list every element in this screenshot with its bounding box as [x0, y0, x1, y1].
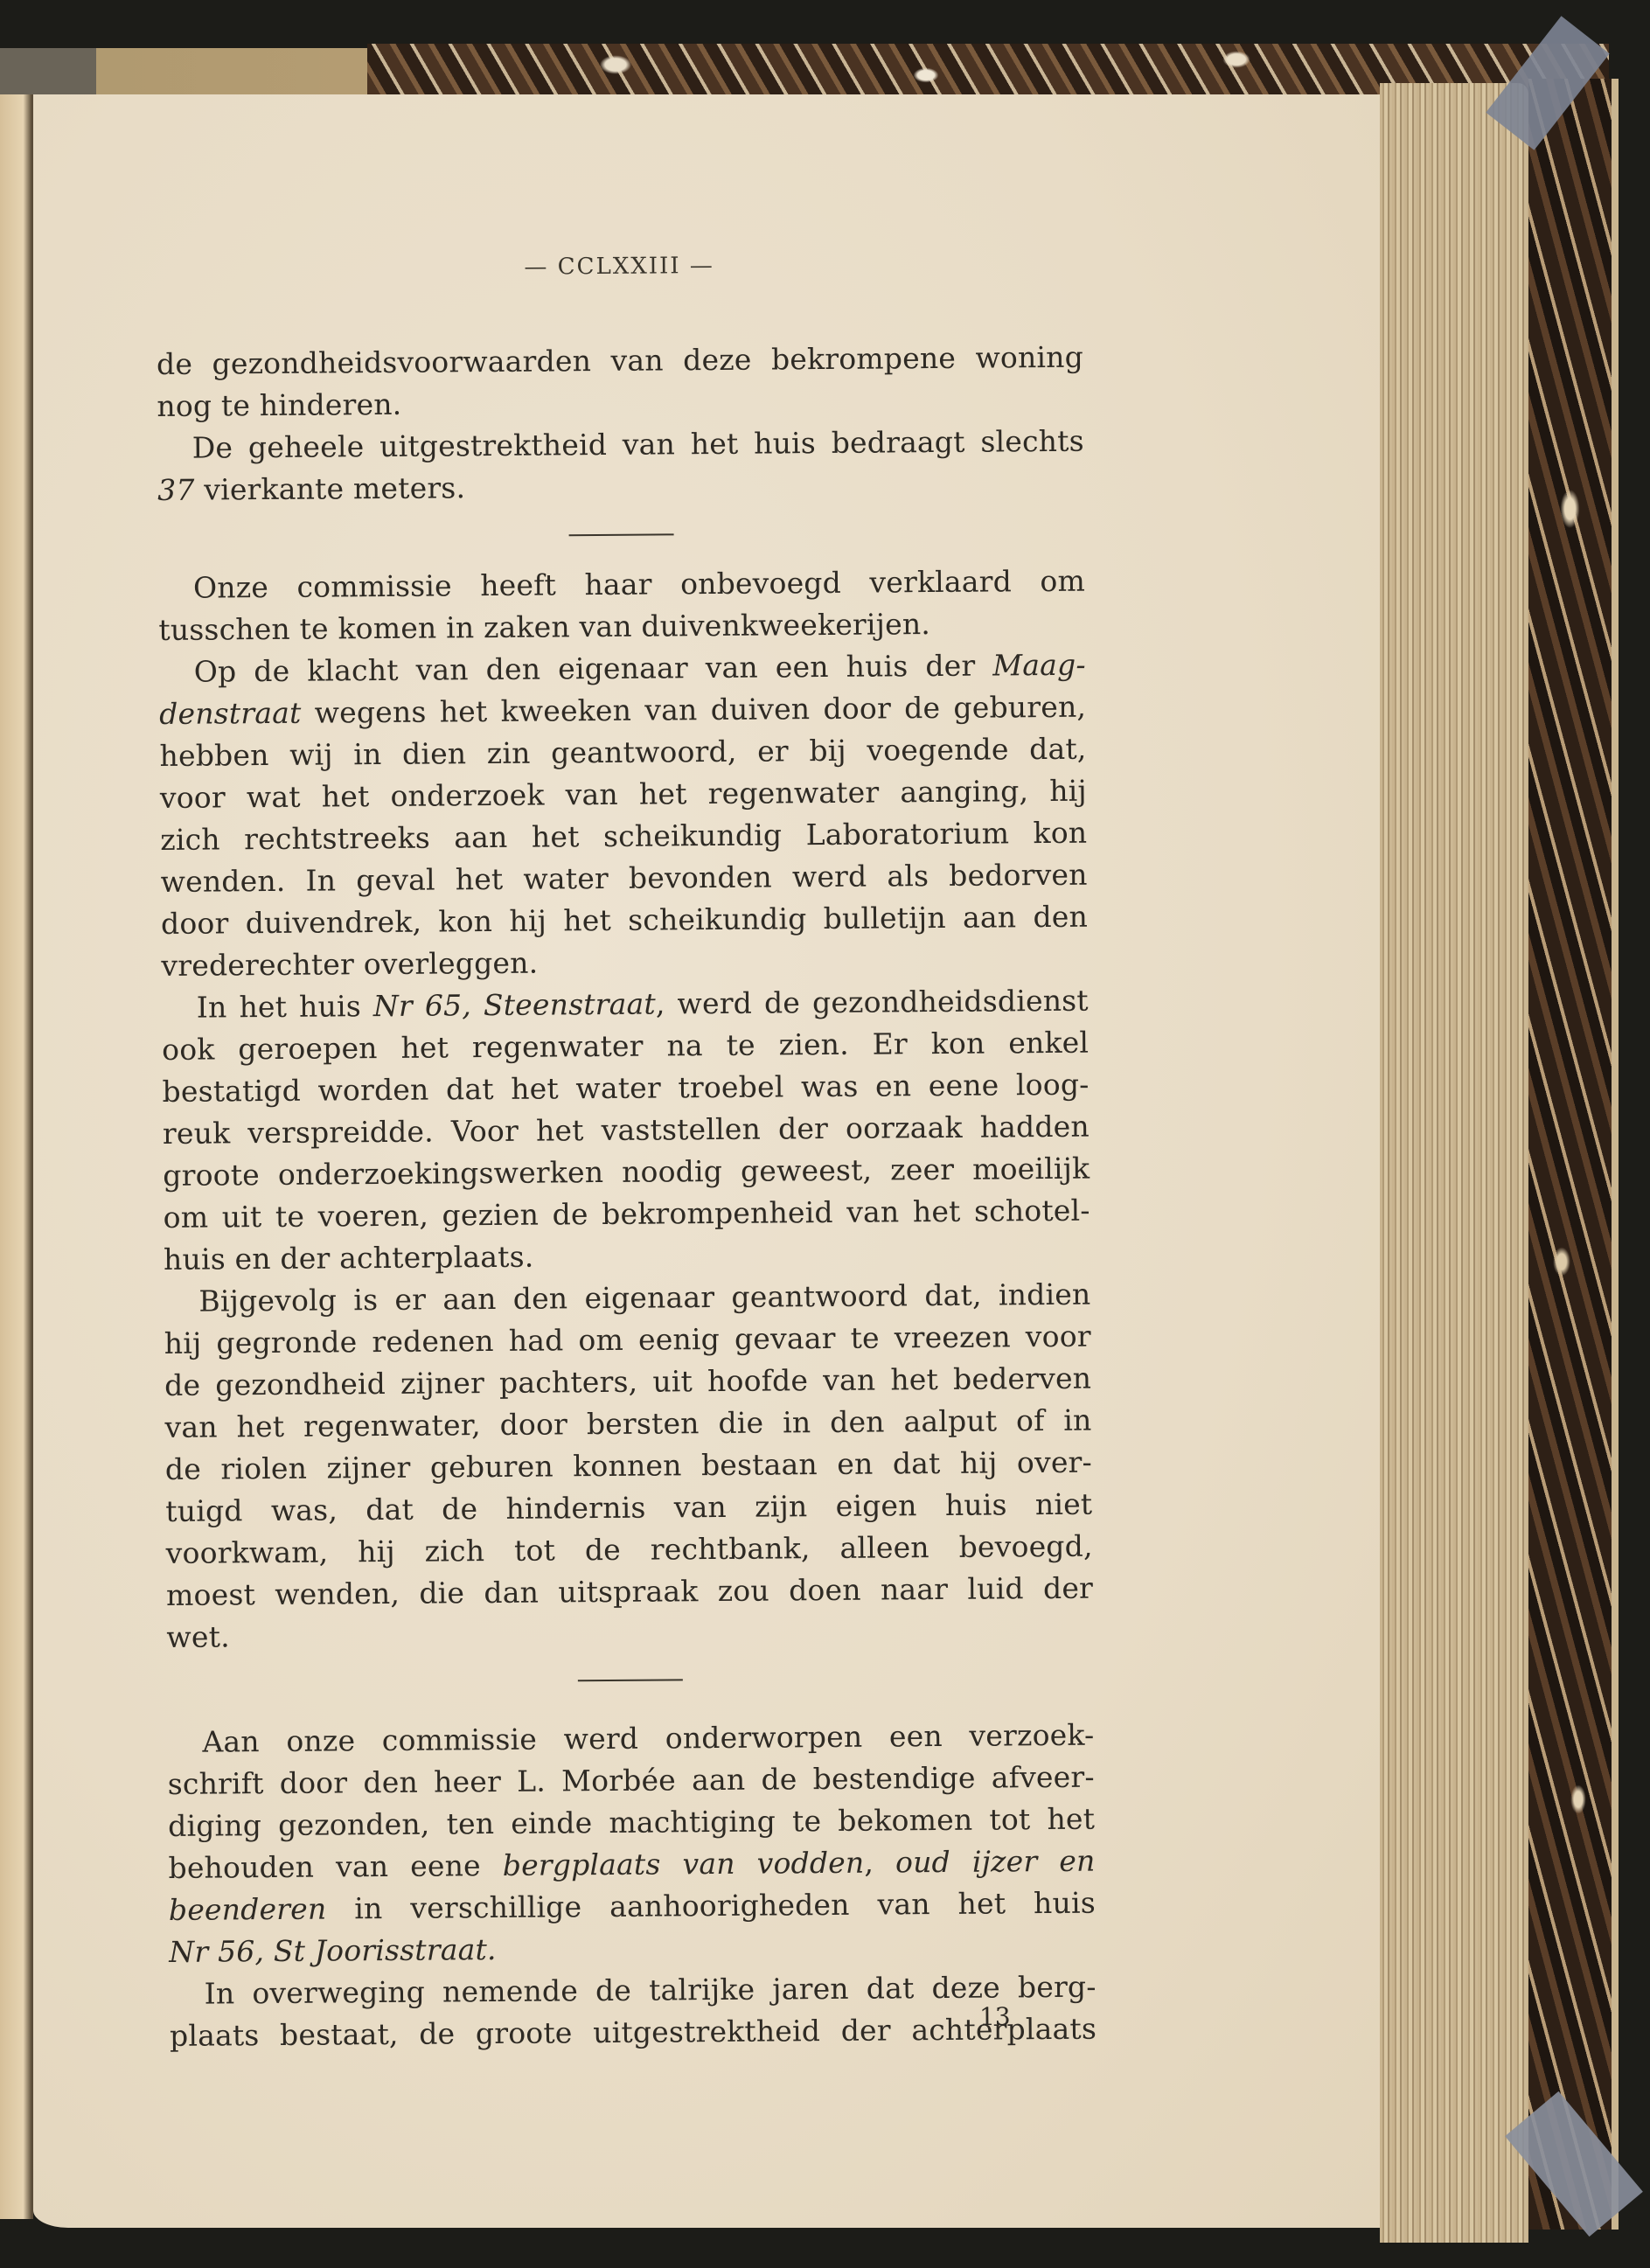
- text-line: hij gegronde redenen had om eenig gevaar…: [164, 1316, 1091, 1365]
- text-line: voorkwam, hij zich tot de rechtbank, all…: [166, 1526, 1093, 1575]
- text-fragment: Op de klacht van den eigenaar van een hu…: [194, 648, 993, 688]
- text-line: denstraat wegens het kweeken van duiven …: [159, 686, 1086, 735]
- text-line: In het huis Nr 65, Steenstraat, werd de …: [162, 980, 1089, 1029]
- text-line: moest wenden, die dan uitspraak zou doen…: [166, 1568, 1093, 1617]
- text-line: ook geroepen het regenwater na te zien. …: [162, 1022, 1089, 1071]
- italic-fragment: beenderen: [169, 1892, 327, 1927]
- text-line: behouden van eene bergplaats van vodden,…: [168, 1840, 1095, 1889]
- text-fragment: vierkante meters.: [194, 470, 465, 506]
- text-fragment: , werd de gezondheidsdienst: [656, 984, 1089, 1021]
- italic-street-name: denstraat: [159, 696, 302, 731]
- text-line: tusschen te komen in zaken van duivenkwe…: [158, 602, 1085, 651]
- text-line: Op de klacht van den eigenaar van een hu…: [159, 644, 1086, 693]
- text-line: schrift door den heer L. Morbée aan de b…: [168, 1757, 1095, 1805]
- text-line: beenderen in verschillige aanhoorigheden…: [169, 1882, 1096, 1931]
- text-line: Aan onze commissie werd onderworpen een …: [167, 1715, 1094, 1764]
- text-line: de riolen zijner geburen konnen bestaan …: [165, 1442, 1092, 1491]
- text-line: voor wat het onderzoek van het regenwate…: [160, 770, 1087, 819]
- text-line: De geheele uitgestrektheid van het huis …: [157, 421, 1084, 470]
- text-line: Onze commissie heeft haar onbevoegd verk…: [158, 560, 1085, 609]
- text-line: tuigd was, dat de hindernis van zijn eig…: [165, 1484, 1092, 1533]
- italic-address: Nr 56, St Joorisstraat.: [169, 1924, 1096, 1973]
- text-line: groote onderzoekingswerken noodig gewees…: [163, 1148, 1090, 1197]
- italic-street-name: Maag-: [992, 648, 1086, 683]
- signature-mark: 13: [979, 2002, 1011, 2031]
- page-text: — CCLXXIII — de gezondheidsvoorwaarden v…: [156, 242, 1097, 2057]
- italic-number: 37: [157, 473, 195, 507]
- text-line: wet.: [166, 1610, 1093, 1659]
- text-line: wenden. In geval het water bevonden werd…: [160, 854, 1087, 903]
- text-line: Bijgevolg is er aan den eigenaar geantwo…: [164, 1274, 1090, 1323]
- text-fragment: behouden van eene: [168, 1848, 503, 1885]
- text-line: vrederechter overleggen.: [161, 938, 1088, 987]
- text-line: door duivendrek, kon hij het scheikundig…: [161, 896, 1088, 945]
- text-line: de gezondheidsvoorwaarden van deze bekro…: [157, 337, 1083, 386]
- page-stack-edge: [1380, 83, 1528, 2243]
- text-line: reuk verspreidde. Voor het vaststellen d…: [163, 1106, 1090, 1155]
- italic-fragment: bergplaats van vodden: [503, 1846, 865, 1882]
- italic-fragment: oud ijzer en: [895, 1844, 1096, 1880]
- text-fragment: ,: [864, 1845, 895, 1879]
- text-line: zich rechtstreeks aan het scheikundig La…: [160, 812, 1087, 861]
- text-line: van het regenwater, door bersten die in …: [164, 1400, 1091, 1449]
- text-line: hebben wij in dien zin geantwoord, er bi…: [159, 728, 1086, 777]
- text-line: bestatigd worden dat het water troebel w…: [162, 1064, 1089, 1113]
- section-divider: [578, 1679, 683, 1681]
- marbled-cover-right: [1528, 79, 1619, 2230]
- italic-address: Nr 65, Steenstraat: [373, 987, 656, 1024]
- text-line: huis en der achterplaats.: [164, 1232, 1090, 1281]
- text-line: plaats bestaat, de groote uitgestrekthei…: [170, 2008, 1097, 2057]
- text-line: 37 vierkante meters.: [157, 463, 1084, 511]
- text-fragment: in verschillige aanhoorigheden van het h…: [326, 1886, 1096, 1926]
- text-line: de gezondheid zijner pachters, uit hoofd…: [164, 1358, 1091, 1407]
- text-fragment: wegens het kweeken van duiven door de ge…: [301, 690, 1086, 730]
- text-fragment: In het huis: [197, 989, 373, 1025]
- text-line: nog te hinderen.: [157, 379, 1083, 428]
- text-line: In overweging nemende de talrijke jaren …: [169, 1966, 1096, 2015]
- facing-page-edge: [0, 94, 33, 2219]
- section-divider: [569, 533, 674, 536]
- text-line: om uit te voeren, gezien de bekrompenhei…: [164, 1190, 1090, 1239]
- text-line: diging gezonden, ten einde machtiging te…: [168, 1798, 1095, 1847]
- page-header-roman-numeral: — CCLXXIII —: [156, 242, 1083, 291]
